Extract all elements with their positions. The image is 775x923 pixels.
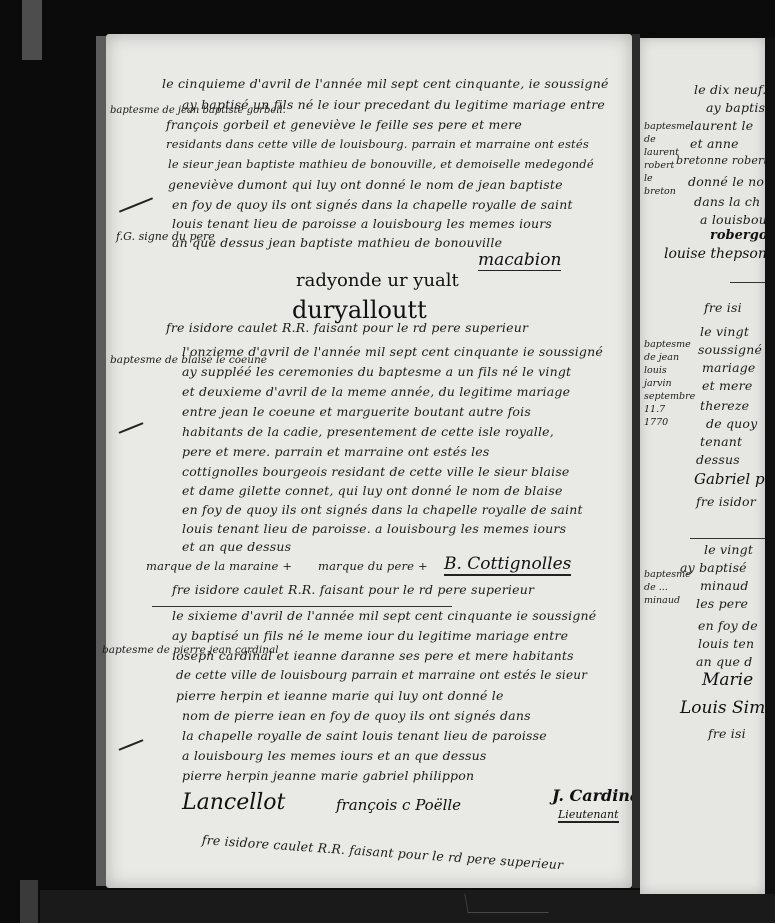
entry-1-line: geneviève dumont qui luy ont donné le no…: [168, 177, 563, 192]
entry-1-line: le cinquieme d'avril de l'année mil sept…: [162, 76, 609, 91]
margin-note-right-2: baptesme de jean louis jarvin septembre …: [644, 338, 688, 429]
entry-1-line: an que dessus jean baptiste mathieu de b…: [172, 235, 502, 250]
right-fragment: et anne: [690, 136, 739, 151]
entry-1-line: ay baptisé un fils né le iour precedant …: [182, 97, 605, 112]
father-mark: marque du pere +: [318, 559, 428, 573]
signature: louise thepson: [664, 246, 765, 262]
margin-dash: [119, 197, 153, 212]
right-fragment: les pere: [696, 596, 748, 611]
scan-shadow: [40, 890, 775, 923]
signature: françois c Poëlle: [336, 796, 461, 814]
right-fragment: laurent le: [690, 118, 753, 133]
entry-1-line: françois gorbeil et geneviève le feille …: [166, 117, 522, 132]
signature: robergosse: [710, 228, 765, 243]
godmother-mark: marque de la maraine +: [146, 559, 292, 573]
entry-1-line: en foy de quoy ils ont signés dans la ch…: [172, 197, 573, 212]
entry-separator: [730, 282, 765, 283]
film-edge: [22, 0, 42, 60]
right-fragment: soussigné: [698, 342, 762, 357]
signature: Louis Sim: [680, 698, 765, 718]
right-fragment: donné le no: [688, 174, 764, 189]
right-fragment: fre isi: [704, 300, 742, 315]
entry-2-line: en foy de quoy ils ont signés dans la ch…: [182, 502, 583, 517]
right-fragment: bretonne robert: [676, 154, 765, 167]
entry-2-line: et an que dessus: [182, 539, 291, 554]
entry-separator: [152, 606, 452, 607]
right-fragment: et mere: [702, 378, 752, 393]
right-fragment: a louisbourg: [700, 212, 765, 227]
entry-1-line: residants dans cette ville de louisbourg…: [166, 137, 589, 151]
father-mark: f.G. signe du pere: [116, 230, 215, 243]
right-fragment: tenant: [700, 434, 742, 449]
entry-2-line: et deuxieme d'avril de la meme année, du…: [182, 384, 570, 399]
right-fragment: ay baptisé: [680, 560, 747, 575]
entry-3-line: pierre herpin et ieanne marie qui luy on…: [176, 688, 504, 703]
priest-signature-line: fre isidore caulet R.R. faisant pour le …: [201, 832, 563, 872]
right-fragment: an que d: [696, 654, 753, 669]
margin-dash: [119, 739, 144, 751]
entry-2-line: louis tenant lieu de paroisse. a louisbo…: [182, 521, 566, 536]
entry-1-line: le sieur jean baptiste mathieu de bonouv…: [168, 157, 594, 171]
signature: macabion: [478, 250, 561, 271]
entry-3-line: pierre herpin jeanne marie gabriel phili…: [182, 768, 474, 783]
signature: Marie: [702, 670, 753, 690]
right-fragment: de quoy: [706, 416, 757, 431]
right-fragment: minaud: [700, 578, 749, 593]
entry-3-line: ay baptisé un fils né le meme iour du le…: [172, 628, 568, 643]
entry-3-line: a louisbourg les memes iours et an que d…: [182, 748, 487, 763]
signature: Lancellot: [182, 790, 285, 815]
signature: Lieutenant: [558, 808, 619, 823]
right-fragment: en foy de: [698, 618, 758, 633]
entry-3-line: ioseph cardinal et ieanne daranne ses pe…: [172, 648, 574, 663]
entry-3-line: le sixieme d'avril de l'année mil sept c…: [172, 608, 596, 623]
right-fragment: le vingt: [704, 542, 753, 557]
binding-edge: [96, 36, 106, 886]
priest-signature-line: fre isidore caulet R.R. faisant pour le …: [166, 320, 528, 335]
paper-crack: [464, 894, 548, 913]
entry-separator: [690, 538, 765, 539]
right-fragment: dessus: [696, 452, 740, 467]
right-fragment: fre isi: [708, 726, 746, 741]
entry-2-line: ay suppléé les ceremonies du baptesme a …: [182, 364, 571, 379]
entry-2-line: et dame gilette connet, qui luy ont donn…: [182, 483, 563, 498]
right-fragment: le vingt: [700, 324, 749, 339]
margin-note-right-3: baptesme de ... minaud: [644, 568, 684, 607]
right-fragment: dans la ch: [694, 194, 760, 209]
right-fragment: fre isidor: [696, 494, 756, 509]
signature: B. Cottignolles: [444, 554, 571, 576]
right-fragment: ay baptisé: [706, 100, 765, 115]
entry-3-line: la chapelle royalle de saint louis tenan…: [182, 728, 547, 743]
entry-2-line: cottignolles bourgeois residant de cette…: [182, 464, 570, 479]
entry-3-line: de cette ville de louisbourg parrain et …: [176, 668, 587, 682]
entry-2-line: entre jean le coeune et marguerite bouta…: [182, 404, 531, 419]
priest-signature-line: fre isidore caulet R.R. faisant pour le …: [172, 582, 534, 597]
film-edge-bottom: [20, 880, 38, 923]
entry-3-line: nom de pierre iean en foy de quoy ils on…: [182, 708, 531, 723]
entry-2-line: l'onzieme d'avril de l'année mil sept ce…: [182, 344, 603, 359]
page-gutter: [632, 34, 640, 888]
right-page: baptesme de laurent robert le breton le …: [640, 38, 765, 894]
left-page: baptesme de jean baptiste gorbeil. le ci…: [106, 34, 632, 888]
entry-2-line: habitants de la cadie, presentement de c…: [182, 424, 554, 439]
right-fragment: thereze: [700, 398, 749, 413]
right-fragment: le dix neuf...: [694, 82, 765, 97]
right-fragment: louis ten: [698, 636, 754, 651]
scan-edge: [765, 38, 775, 894]
margin-dash: [119, 422, 144, 434]
signature: radyonde ur yualt: [296, 270, 459, 291]
entry-2-line: pere et mere. parrain et marraine ont es…: [182, 444, 490, 459]
right-fragment: mariage: [702, 360, 756, 375]
entry-1-line: louis tenant lieu de paroisse a louisbou…: [172, 216, 552, 231]
signature: Gabriel ph: [694, 470, 765, 488]
